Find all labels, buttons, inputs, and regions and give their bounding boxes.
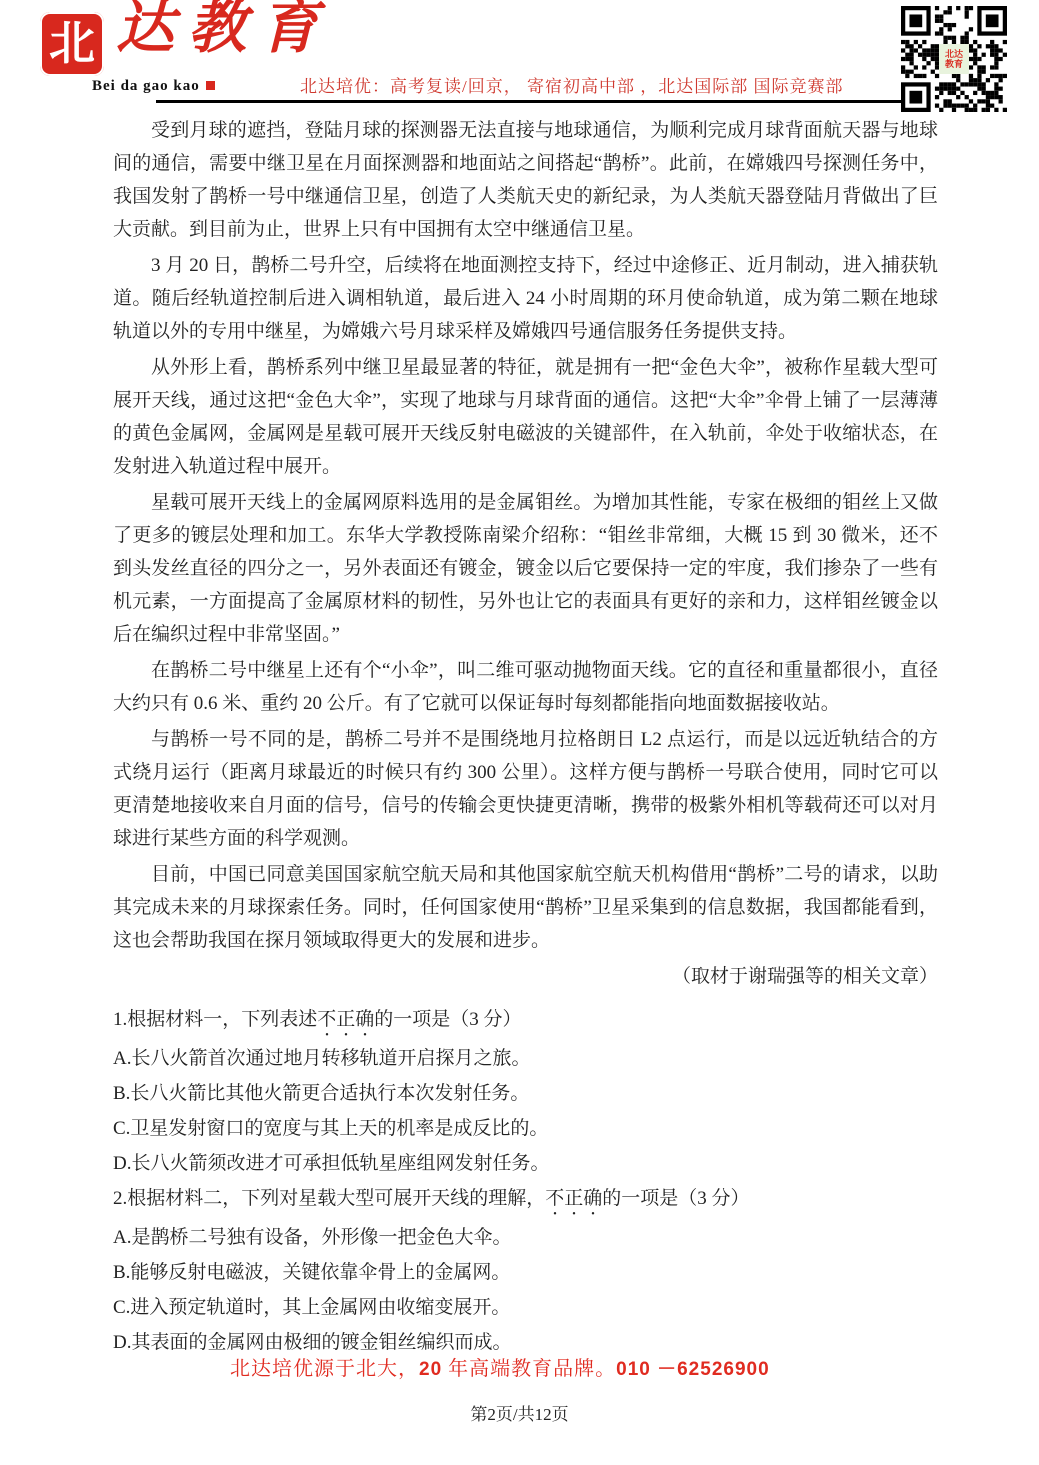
qr-code-icon: 北达 教育 xyxy=(901,6,1007,112)
qr-stamp-line1: 北达 xyxy=(945,49,963,59)
footer-page-indicator: 第2页/共12页 xyxy=(0,1400,1039,1425)
article-paragraph-7: 目前，中国已同意美国国家航空航天局和其他国家航空航天机构借用“鹊桥”二号的请求，… xyxy=(113,858,938,957)
brand-subtitle-text: Bei da gao kao xyxy=(92,78,200,94)
question-1-stem: 1.根据材料一，下列表述不正确的一项是（3 分） xyxy=(113,1002,938,1041)
article-paragraph-4: 星载可展开天线上的金属网原料选用的是金属钼丝。为增加其性能，专家在极细的钼丝上又… xyxy=(113,486,938,651)
question-2-option-a: A.是鹊桥二号独有设备，外形像一把金色大伞。 xyxy=(113,1220,938,1255)
footer-promo: 北达培优源于北大，20 年高端教育品牌。010 －62526900 xyxy=(230,1352,770,1381)
header-tagline: 北达培优：高考复读/回京， 寄宿初高中部 ，北达国际部 国际竞赛部 xyxy=(300,72,900,97)
question-1-stem-post: 的一项是（3 分） xyxy=(374,1009,521,1030)
question-1-stem-pre: 1.根据材料一，下列表述 xyxy=(113,1009,317,1030)
brand-subtitle-marker-icon xyxy=(206,81,215,90)
article-paragraph-1: 受到月球的遮挡，登陆月球的探测器无法直接与地球通信，为顺利完成月球背面航天器与地… xyxy=(113,114,938,246)
questions-section: 1.根据材料一，下列表述不正确的一项是（3 分） A.长八火箭首次通过地月转移轨… xyxy=(0,996,1039,1360)
article-paragraph-3: 从外形上看，鹊桥系列中继卫星最显著的特征，就是拥有一把“金色大伞”，被称作星载大… xyxy=(113,351,938,483)
brand-name-script: 达教育 xyxy=(116,0,332,60)
footer-promo-phone: 010 －62526900 xyxy=(616,1359,770,1380)
question-1-option-a: A.长八火箭首次通过地月转移轨道开启探月之旅。 xyxy=(113,1041,938,1076)
question-2-stem: 2.根据材料二，下列对星载大型可展开天线的理解，不正确的一项是（3 分） xyxy=(113,1181,938,1220)
footer-promo-pre: 北达培优源于北大， xyxy=(230,1358,419,1380)
brand-subtitle: Bei da gao kao xyxy=(92,78,215,95)
footer-promo-years: 20 xyxy=(419,1359,442,1380)
question-2-stem-emphasis: 不正确 xyxy=(545,1188,602,1209)
article-paragraph-6: 与鹊桥一号不同的是，鹊桥二号并不是围绕地月拉格朗日 L2 点运行，而是以远近轨结… xyxy=(113,723,938,855)
footer-promo-mid: 年高端教育品牌。 xyxy=(442,1358,616,1380)
question-2: 2.根据材料二，下列对星载大型可展开天线的理解，不正确的一项是（3 分） A.是… xyxy=(113,1181,938,1360)
question-2-stem-post: 的一项是（3 分） xyxy=(602,1188,749,1209)
brand-seal-icon: 北 xyxy=(40,12,104,76)
document-page: 北 达教育 Bei da gao kao 北达培优：高考复读/回京， 寄宿初高中… xyxy=(0,0,1039,1465)
article-body: 受到月球的遮挡，登陆月球的探测器无法直接与地球通信，为顺利完成月球背面航天器与地… xyxy=(0,112,1039,993)
article-paragraph-5: 在鹊桥二号中继星上还有个“小伞”，叫二维可驱动抛物面天线。它的直径和重量都很小，… xyxy=(113,654,938,720)
page-header: 北 达教育 Bei da gao kao 北达培优：高考复读/回京， 寄宿初高中… xyxy=(0,0,1039,112)
question-1-stem-emphasis: 不正确 xyxy=(317,1009,374,1030)
question-2-stem-pre: 2.根据材料二，下列对星载大型可展开天线的理解， xyxy=(113,1188,545,1209)
qr-center-stamp: 北达 教育 xyxy=(939,44,969,74)
qr-stamp-line2: 教育 xyxy=(945,59,963,69)
question-1-option-b: B.长八火箭比其他火箭更合适执行本次发射任务。 xyxy=(113,1076,938,1111)
question-1-option-c: C.卫星发射窗口的宽度与其上天的机率是成反比的。 xyxy=(113,1111,938,1146)
question-2-option-c: C.进入预定轨道时，其上金属网由收缩变展开。 xyxy=(113,1290,938,1325)
question-1: 1.根据材料一，下列表述不正确的一项是（3 分） A.长八火箭首次通过地月转移轨… xyxy=(113,1002,938,1181)
header-rule xyxy=(156,100,938,103)
article-attribution: （取材于谢瑞强等的相关文章） xyxy=(113,960,938,993)
question-1-option-d: D.长八火箭须改进才可承担低轨星座组网发射任务。 xyxy=(113,1146,938,1181)
brand-seal-character: 北 xyxy=(49,21,95,67)
article-paragraph-2: 3 月 20 日，鹊桥二号升空，后续将在地面测控支持下，经过中途修正、近月制动，… xyxy=(113,249,938,348)
question-2-option-b: B.能够反射电磁波，关键依靠伞骨上的金属网。 xyxy=(113,1255,938,1290)
